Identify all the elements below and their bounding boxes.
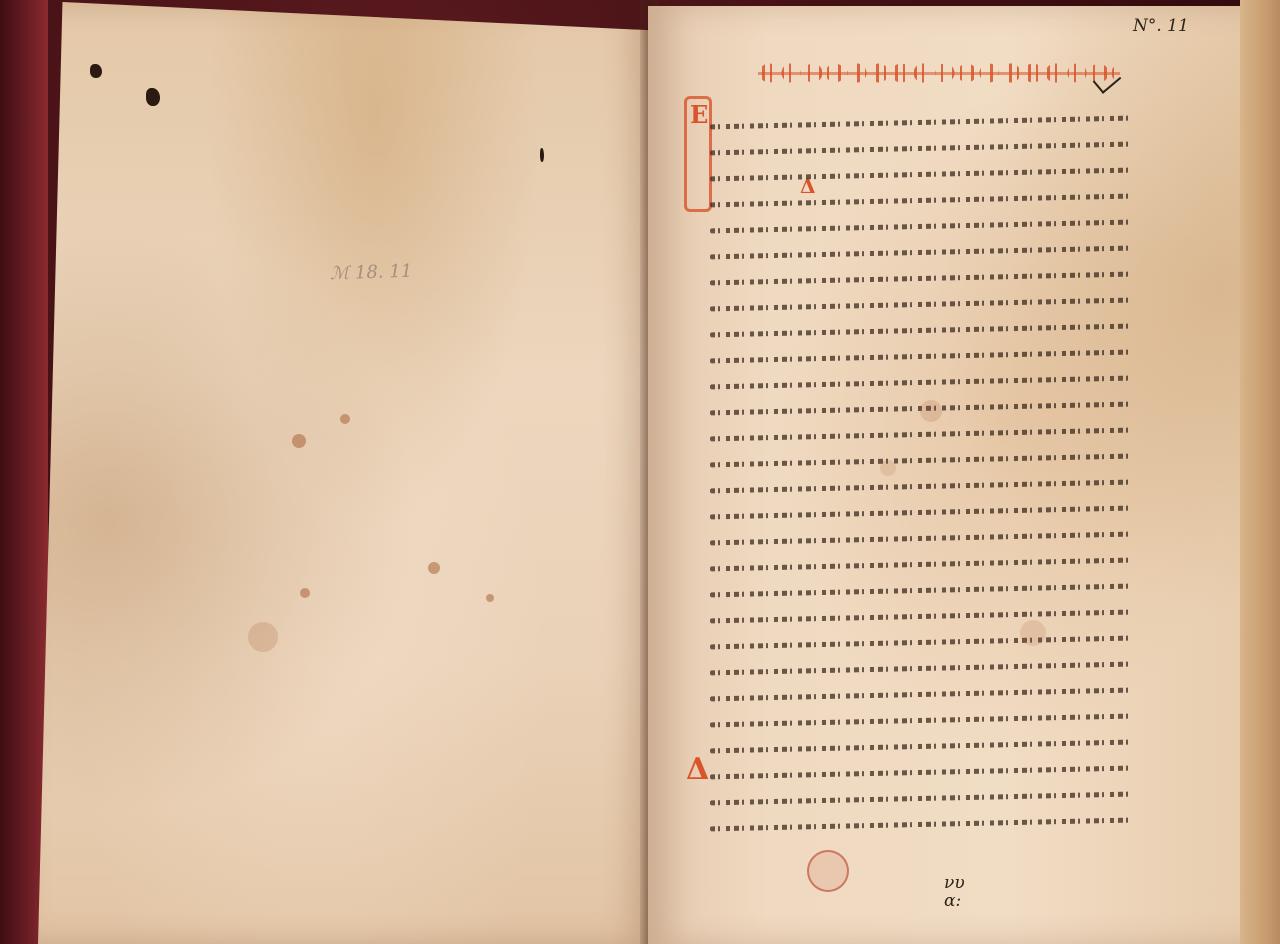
script-line [710,498,1130,524]
script-line [710,706,1130,732]
folio-number: N°. 11 [1133,16,1189,36]
left-page-flyleaf [38,2,650,944]
script-line [710,186,1130,212]
script-line [710,134,1130,160]
foxing-spot [292,434,306,448]
manuscript-text-block [710,108,1130,836]
script-line [710,576,1130,602]
library-stamp [807,850,849,892]
script-line [710,810,1130,836]
script-line [710,680,1130,706]
script-line [710,524,1130,550]
foxing-spot [1020,620,1046,646]
script-line [710,342,1130,368]
foxing-spot [428,562,440,574]
script-line [710,654,1130,680]
script-line [710,290,1130,316]
catchword: νυ α: [944,874,965,910]
foxing-spot [920,400,942,422]
script-line [710,732,1130,758]
headpiece-ornament-band [758,62,1120,84]
foxing-spot [486,594,494,602]
shelfmark-pencil: ℳ 18. 11 [330,261,413,285]
script-line [710,108,1130,134]
script-line [710,316,1130,342]
script-line [710,368,1130,394]
script-line [710,212,1130,238]
wormhole [90,64,102,78]
foxing-spot [300,588,310,598]
initial-letter: Δ [686,752,709,787]
script-line [710,628,1130,654]
book-cover-edge [0,0,48,944]
script-line [710,784,1130,810]
page-fore-edge [1240,0,1280,944]
script-line [710,550,1130,576]
initial-letter: Ε [690,100,708,129]
script-line [710,472,1130,498]
script-line [710,758,1130,784]
wormhole [540,148,544,162]
script-line [710,264,1130,290]
wormhole [146,88,160,106]
manuscript-photo: ℳ 18. 11 N°. 11 Ε Δ Δ [0,0,1280,944]
script-line [710,238,1130,264]
script-line [710,446,1130,472]
foxing-spot [880,460,896,476]
foxing-spot [340,414,350,424]
script-line [710,160,1130,186]
foxing-spot [248,622,278,652]
script-line [710,420,1130,446]
script-line [710,602,1130,628]
